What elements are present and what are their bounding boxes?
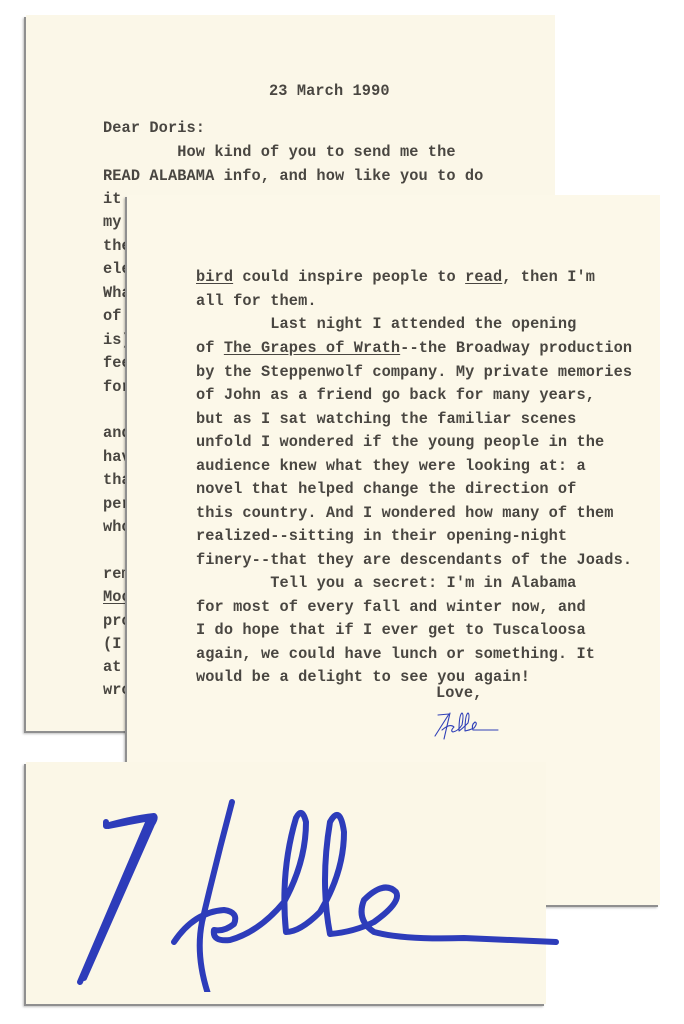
- letter-line: for most of every fall and winter now, a…: [196, 598, 586, 616]
- book-title: The Grapes of Wrath: [224, 339, 400, 357]
- signature-small-icon: [432, 709, 504, 741]
- letter-line: audience knew what they were looking at:…: [196, 457, 586, 475]
- letter-line: of The Grapes of Wrath--the Broadway pro…: [196, 339, 632, 357]
- letter-line: but as I sat watching the familiar scene…: [196, 410, 576, 428]
- letter-line: my: [103, 213, 122, 231]
- underlined-word: read: [465, 268, 502, 286]
- letter-line: novel that helped change the direction o…: [196, 480, 576, 498]
- letter-line: Last night I attended the opening: [196, 315, 576, 333]
- letter-line: How kind of you to send me the: [103, 143, 456, 161]
- letter-line: I do hope that if I ever get to Tuscaloo…: [196, 621, 586, 639]
- letter-line: all for them.: [196, 292, 317, 310]
- letter-line: again, we could have lunch or something.…: [196, 645, 595, 663]
- underlined-word: bird: [196, 268, 233, 286]
- letter-line: finery--that they are descendants of the…: [196, 551, 632, 569]
- closing: Love,: [436, 684, 482, 702]
- letter-line: unfold I wondered if the young people in…: [196, 433, 604, 451]
- signature-nelle-icon: [44, 782, 564, 992]
- letter-line: of John as a friend go back for many yea…: [196, 386, 595, 404]
- letter-line: realized--sitting in their opening-night: [196, 527, 567, 545]
- letter-line: by the Steppenwolf company. My private m…: [196, 363, 632, 381]
- letter-line: of: [103, 307, 122, 325]
- letter-line: this country. And I wondered how many of…: [196, 504, 614, 522]
- letter-line: bird could inspire people to read, then …: [196, 268, 595, 286]
- letter-date: 23 March 1990: [269, 82, 390, 100]
- letter-line: Tell you a secret: I'm in Alabama: [196, 574, 576, 592]
- signature-closeup-card: [26, 762, 546, 1004]
- salutation: Dear Doris:: [103, 119, 205, 137]
- letter-line: at: [103, 658, 122, 676]
- letter-line: READ ALABAMA info, and how like you to d…: [103, 167, 483, 185]
- letter-line: (I: [103, 635, 122, 653]
